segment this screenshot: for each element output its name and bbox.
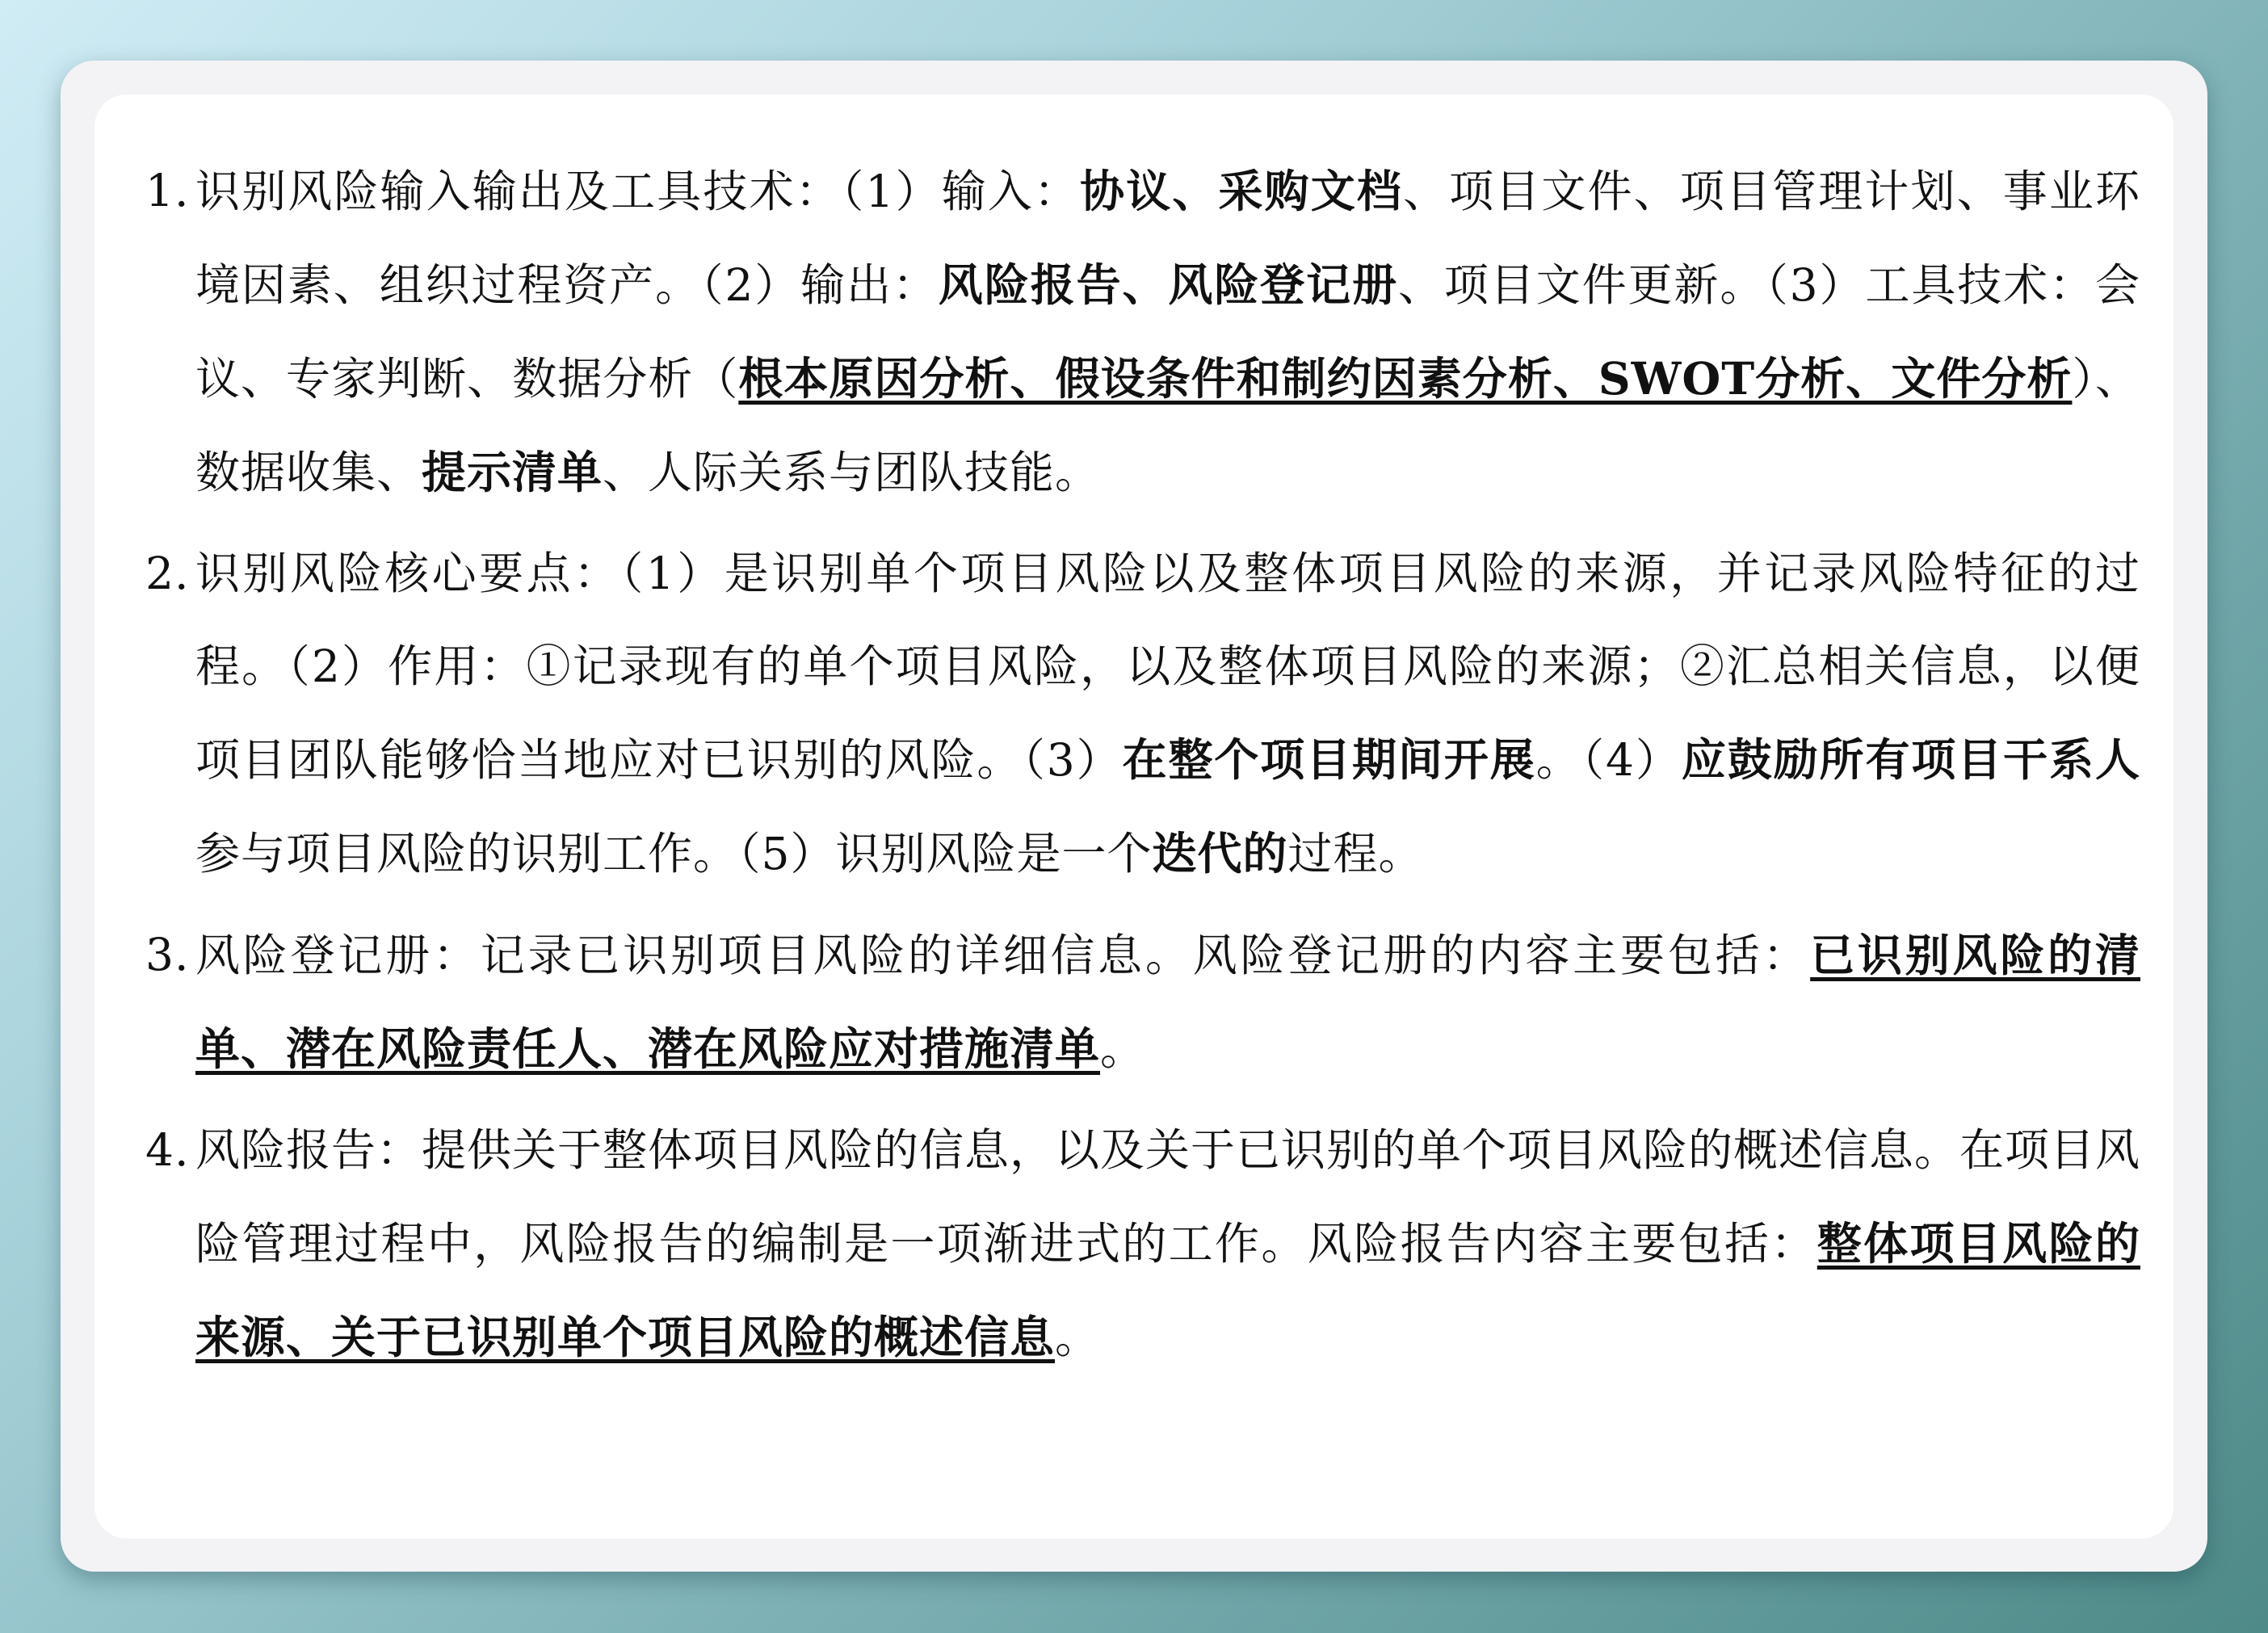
item-number: 2.	[145, 527, 194, 620]
text-segment: 过程。	[1288, 828, 1424, 879]
bold-text-segment: 风险报告、风险登记册	[939, 258, 1398, 311]
text-segment: 、人际关系与团队技能。	[603, 447, 1100, 498]
text-segment: 。（4）	[1536, 734, 1682, 786]
bold-text-segment: 迭代的	[1153, 827, 1288, 879]
card-frame: 1.识别风险输入输出及工具技术：（1）输入：协议、采购文档、项目文件、项目管理计…	[61, 61, 2207, 1572]
list-item-2: 2.识别风险核心要点：（1）是识别单个项目风险以及整体项目风险的来源，并记录风险…	[145, 527, 2140, 900]
content-panel: 1.识别风险输入输出及工具技术：（1）输入：协议、采购文档、项目文件、项目管理计…	[94, 94, 2173, 1539]
risk-identification-list: 1.识别风险输入输出及工具技术：（1）输入：协议、采购文档、项目文件、项目管理计…	[145, 145, 2140, 1392]
text-segment: 。	[1100, 1023, 1145, 1075]
text-segment: 。	[1055, 1312, 1100, 1363]
text-segment: 识别风险输入输出及工具技术：（1）输入：	[195, 166, 1080, 217]
list-item-4: 4.风险报告：提供关于整体项目风险的信息，以及关于已识别的单个项目风险的概述信息…	[145, 1104, 2140, 1384]
text-segment: 参与项目风险的识别工作。（5）识别风险是一个	[195, 828, 1153, 879]
bold-text-segment: 应鼓励所有项目干系人	[1682, 733, 2140, 786]
list-item-1: 1.识别风险输入输出及工具技术：（1）输入：协议、采购文档、项目文件、项目管理计…	[145, 145, 2140, 519]
bold-text-segment: 在整个项目期间开展	[1123, 733, 1536, 786]
item-number: 1.	[145, 145, 194, 237]
list-item-3: 3.风险登记册：记录已识别项目风险的详细信息。风险登记册的内容主要包括：已识别风…	[145, 909, 2140, 1096]
bold-text-segment: 协议、采购文档	[1080, 165, 1403, 217]
underlined-key-point: 根本原因分析、假设条件和制约因素分析、SWOT分析、文件分析	[738, 352, 2072, 405]
item-number: 4.	[145, 1104, 194, 1197]
bold-text-segment: 提示清单	[422, 446, 603, 498]
item-number: 3.	[145, 909, 194, 1001]
text-segment: 风险登记册：记录已识别项目风险的详细信息。风险登记册的内容主要包括：	[195, 930, 1810, 981]
